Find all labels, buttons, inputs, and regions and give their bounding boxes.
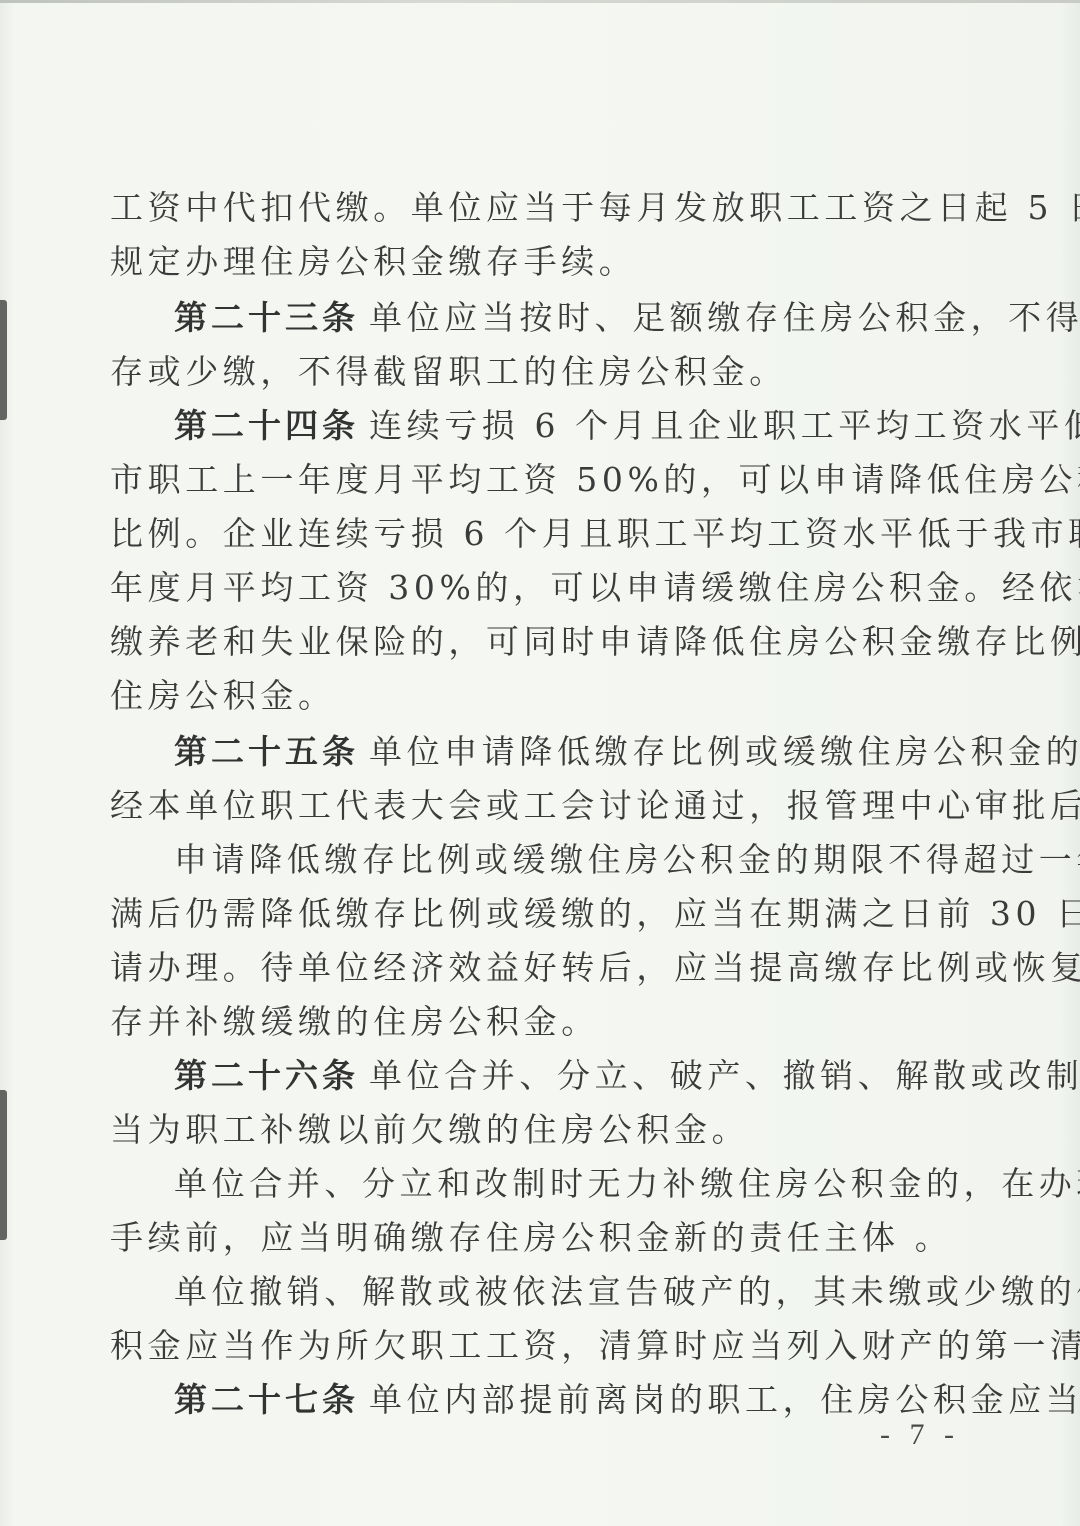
text-line: 经本单位职工代表大会或工会讨论通过，报管理中心审批后实施。 (110, 786, 1080, 826)
binding-shadow-bottom (0, 1090, 7, 1240)
text-line: 工资中代扣代缴。单位应当于每月发放职工工资之日起 5 日内按照 (110, 188, 1080, 228)
line-text: 积金应当作为所欠职工工资，清算时应当列入财产的第一清偿顺序。 (110, 1326, 1080, 1365)
page-top-edge (0, 0, 1080, 3)
text-line: 住房公积金。 (110, 676, 336, 716)
article-number: 第二十四条 (174, 406, 359, 445)
line-text: 经本单位职工代表大会或工会讨论通过，报管理中心审批后实施。 (110, 786, 1080, 825)
line-text: 满后仍需降低缴存比例或缓缴的，应当在期满之日前 30 日内重新申 (110, 894, 1080, 933)
article-number: 第二十七条 (174, 1380, 359, 1419)
text-line: 当为职工补缴以前欠缴的住房公积金。 (110, 1110, 749, 1150)
line-text: 工资中代扣代缴。单位应当于每月发放职工工资之日起 5 日内按照 (110, 188, 1080, 227)
text-line: 单位撤销、解散或被依法宣告破产的，其未缴或少缴的住房公 (174, 1272, 1080, 1312)
text-line: 缴养老和失业保险的，可同时申请降低住房公积金缴存比例或缓缴 (110, 622, 1080, 662)
article-number: 第二十六条 (174, 1056, 359, 1095)
binding-shadow-top (0, 300, 7, 420)
line-text: 单位合并、分立、破产、撤销、解散或改制的，应 (369, 1056, 1080, 1095)
article-26: 第二十六条单位合并、分立、破产、撤销、解散或改制的，应 (174, 1056, 1080, 1096)
article-27: 第二十七条单位内部提前离岗的职工，住房公积金应当缴存到 (174, 1380, 1080, 1420)
text-line: 申请降低缴存比例或缓缴住房公积金的期限不得超过一年，期 (174, 840, 1080, 880)
text-line: 年度月平均工资 30%的，可以申请缓缴住房公积金。经依法批准缓 (110, 568, 1080, 608)
scanned-page: 工资中代扣代缴。单位应当于每月发放职工工资之日起 5 日内按照 规定办理住房公积… (0, 0, 1080, 1526)
line-text: 单位申请降低缴存比例或缓缴住房公积金的，应当 (369, 732, 1080, 771)
text-line: 积金应当作为所欠职工工资，清算时应当列入财产的第一清偿顺序。 (110, 1326, 1080, 1366)
line-text: 规定办理住房公积金缴存手续。 (110, 242, 636, 281)
line-text: 申请降低缴存比例或缓缴住房公积金的期限不得超过一年，期 (174, 840, 1080, 879)
text-line: 请办理。待单位经济效益好转后，应当提高缴存比例或恢复正常缴 (110, 948, 1080, 988)
line-text: 单位合并、分立和改制时无力补缴住房公积金的，在办理有关 (174, 1164, 1080, 1203)
line-text: 住房公积金。 (110, 676, 336, 715)
line-text: 单位内部提前离岗的职工，住房公积金应当缴存到 (369, 1380, 1080, 1419)
line-text: 单位应当按时、足额缴存住房公积金，不得逾期缴 (369, 298, 1080, 337)
text-line: 单位合并、分立和改制时无力补缴住房公积金的，在办理有关 (174, 1164, 1080, 1204)
text-line: 手续前，应当明确缴存住房公积金新的责任主体 。 (110, 1218, 952, 1258)
article-number: 第二十三条 (174, 298, 359, 337)
text-line: 存并补缴缓缴的住房公积金。 (110, 1002, 599, 1042)
article-number: 第二十五条 (174, 732, 359, 771)
line-text: 手续前，应当明确缴存住房公积金新的责任主体 。 (110, 1218, 952, 1257)
text-line: 规定办理住房公积金缴存手续。 (110, 242, 636, 282)
text-line: 存或少缴，不得截留职工的住房公积金。 (110, 352, 787, 392)
line-text: 请办理。待单位经济效益好转后，应当提高缴存比例或恢复正常缴 (110, 948, 1080, 987)
line-text: 存或少缴，不得截留职工的住房公积金。 (110, 352, 787, 391)
article-25: 第二十五条单位申请降低缴存比例或缓缴住房公积金的，应当 (174, 732, 1080, 772)
line-text: 存并补缴缓缴的住房公积金。 (110, 1002, 599, 1041)
text-line: 比例。企业连续亏损 6 个月且职工平均工资水平低于我市职工上一 (110, 514, 1080, 554)
article-24: 第二十四条连续亏损 6 个月且企业职工平均工资水平低于我 (174, 406, 1080, 446)
line-text: 市职工上一年度月平均工资 50%的，可以申请降低住房公积金缴存 (110, 460, 1080, 499)
text-line: 满后仍需降低缴存比例或缓缴的，应当在期满之日前 30 日内重新申 (110, 894, 1080, 934)
line-text: 当为职工补缴以前欠缴的住房公积金。 (110, 1110, 749, 1149)
article-23: 第二十三条单位应当按时、足额缴存住房公积金，不得逾期缴 (174, 298, 1080, 338)
line-text: 连续亏损 6 个月且企业职工平均工资水平低于我 (369, 406, 1080, 445)
text-line: 市职工上一年度月平均工资 50%的，可以申请降低住房公积金缴存 (110, 460, 1080, 500)
line-text: 年度月平均工资 30%的，可以申请缓缴住房公积金。经依法批准缓 (110, 568, 1080, 607)
line-text: 单位撤销、解散或被依法宣告破产的，其未缴或少缴的住房公 (174, 1272, 1080, 1311)
line-text: 缴养老和失业保险的，可同时申请降低住房公积金缴存比例或缓缴 (110, 622, 1080, 661)
page-number: - 7 - (880, 1418, 960, 1452)
line-text: 比例。企业连续亏损 6 个月且职工平均工资水平低于我市职工上一 (110, 514, 1080, 553)
